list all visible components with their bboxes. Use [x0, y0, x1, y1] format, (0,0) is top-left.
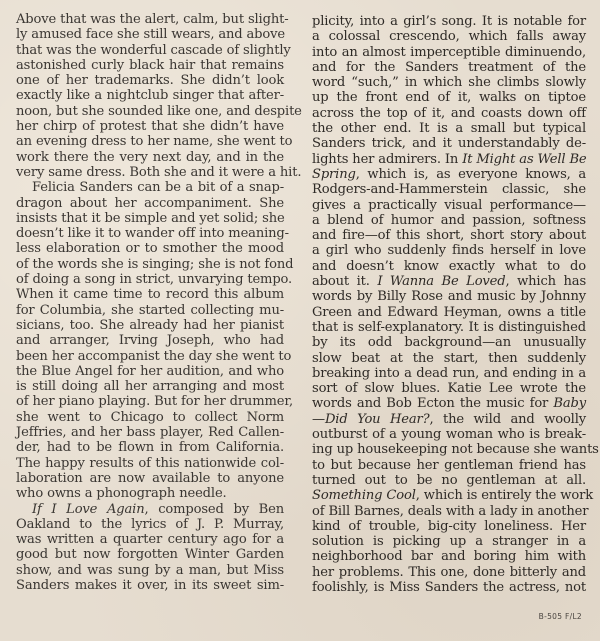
text-line: an evening dress to her name, she went t…	[16, 134, 284, 149]
text-line: ing up housekeeping not because she want…	[312, 442, 586, 457]
text-line: solution is picking up a stranger in a	[312, 534, 586, 549]
text-line: been her accompanist the day she went to	[16, 349, 284, 364]
text-line: sicians, too. She already had her pianis…	[16, 318, 284, 333]
text-line: very same dress. Both she and it were a …	[16, 165, 284, 180]
text-line: to but because her gentleman friend has	[312, 458, 586, 473]
text-line: a blend of humor and passion, softness	[312, 213, 586, 228]
song-title: Spring	[312, 167, 356, 182]
text-line: good but now forgotten Winter Garden	[16, 547, 284, 562]
text-line: and doesn’t know exactly what to do	[312, 259, 586, 274]
text-line: turned out to be no gentleman at all.	[312, 473, 586, 488]
text-line: of the words she is singing; she is not …	[16, 257, 284, 272]
song-title: I Wanna Be Loved	[377, 274, 505, 289]
text-line: Sanders trick, and it understandably de-	[312, 136, 586, 151]
text-line: noon, but she sounded like one, and desp…	[16, 104, 284, 119]
text-line: she went to Chicago to collect Norm	[16, 410, 284, 425]
text-line: ly amused face she still wears, and abov…	[16, 27, 284, 42]
text-line: insists that it be simple and yet solid;…	[16, 211, 284, 226]
text-line: When it came time to record this album	[16, 287, 284, 302]
song-title: —Did You Hear?	[312, 412, 430, 427]
text-line: of doing a song in strict, unvarying tem…	[16, 272, 284, 287]
text-line: of her piano playing. But for her drumme…	[16, 394, 284, 409]
text-line: Spring, which is, as everyone knows, a	[312, 167, 586, 182]
song-title: Baby	[553, 396, 586, 411]
text-line: Above that was the alert, calm, but slig…	[16, 12, 284, 27]
text-line: If I Love Again, composed by Ben	[16, 502, 284, 517]
text-line: Jeffries, and her bass player, Red Calle…	[16, 425, 284, 440]
text-line: less elaboration or to smother the mood	[16, 241, 284, 256]
text-line: astonished curly black hair that remains	[16, 58, 284, 73]
text-line: words and Bob Ecton the music for Baby	[312, 396, 586, 411]
right-column: plicity, into a girl’s song. It is notab…	[312, 14, 586, 595]
text-line: sort of slow blues. Katie Lee wrote the	[312, 381, 586, 396]
song-title: It Might as Well Be	[462, 152, 586, 167]
text-line: across the top of it, and coasts down of…	[312, 106, 586, 121]
text-line: is still doing all her arranging and mos…	[16, 379, 284, 394]
text-line: Rodgers-and-Hammerstein classic, she	[312, 182, 586, 197]
text-line: who owns a phonograph needle.	[16, 486, 284, 501]
text-line: words by Billy Rose and music by Johnny	[312, 289, 586, 304]
text-line: one of her trademarks. She didn’t look	[16, 73, 284, 88]
text-line: slow beat at the start, then suddenly	[312, 351, 586, 366]
text-line: show, and was sung by a man, but Miss	[16, 563, 284, 578]
text-line: plicity, into a girl’s song. It is notab…	[312, 14, 586, 29]
text-line: —Did You Hear?, the wild and woolly	[312, 412, 586, 427]
text-line: der, had to be flown in from California.	[16, 440, 284, 455]
text-line: into an almost imperceptible diminuendo,	[312, 45, 586, 60]
text-line: Green and Edward Heyman, owns a title	[312, 305, 586, 320]
text-line: Felicia Sanders can be a bit of a snap-	[16, 180, 284, 195]
text-line: for Columbia, she started collecting mu-	[16, 303, 284, 318]
left-column: Above that was the alert, calm, but slig…	[16, 12, 284, 593]
text-line: neighborhood bar and boring him with	[312, 549, 586, 564]
text-line: up the front end of it, walks on tiptoe	[312, 90, 586, 105]
text-line: foolishly, is Miss Sanders the actress, …	[312, 580, 586, 595]
text-line: was written a quarter century ago for a	[16, 532, 284, 547]
song-title: If I Love Again	[32, 502, 145, 517]
text-line: that was the wonderful cascade of slight…	[16, 43, 284, 58]
text-line: the other end. It is a small but typical	[312, 121, 586, 136]
text-line: exactly like a nightclub singer that aft…	[16, 88, 284, 103]
text-line: about it. I Wanna Be Loved, which has	[312, 274, 586, 289]
text-line: Sanders makes it over, in its sweet sim-	[16, 578, 284, 593]
text-line: the Blue Angel for her audition, and who	[16, 364, 284, 379]
text-line: laboration are now available to anyone	[16, 471, 284, 486]
text-line: and arranger, Irving Joseph, who had	[16, 333, 284, 348]
text-line: doesn’t like it to wander off into meani…	[16, 226, 284, 241]
text-line: lights her admirers. In It Might as Well…	[312, 152, 586, 167]
text-line: a colossal crescendo, which falls away	[312, 29, 586, 44]
text-line: work there the very next day, and in the	[16, 150, 284, 165]
text-line: and fire—of this short, short story abou…	[312, 228, 586, 243]
text-line: that is self-explanatory. It is distingu…	[312, 320, 586, 335]
text-line: her chirp of protest that she didn’t hav…	[16, 119, 284, 134]
text-line: word “such,” in which she climbs slowly	[312, 75, 586, 90]
text-line: by its odd background—an unusually	[312, 335, 586, 350]
text-line: her problems. This one, done bitterly an…	[312, 565, 586, 580]
text-line: Oakland to the lyrics of J. P. Murray,	[16, 517, 284, 532]
catalog-code: B-505 F/L2	[539, 612, 582, 621]
text-line: outburst of a young woman who is break-	[312, 427, 586, 442]
text-line: The happy results of this nationwide col…	[16, 456, 284, 471]
song-title: Something Cool	[312, 488, 416, 503]
text-line: of Bill Barnes, deals with a lady in ano…	[312, 504, 586, 519]
text-line: gives a practically visual performance—	[312, 198, 586, 213]
text-line: dragon about her accompaniment. She	[16, 196, 284, 211]
text-line: a girl who suddenly finds herself in lov…	[312, 243, 586, 258]
text-line: Something Cool, which is entirely the wo…	[312, 488, 586, 503]
text-line: kind of trouble, big-city loneliness. He…	[312, 519, 586, 534]
text-line: and for the Sanders treatment of the	[312, 60, 586, 75]
text-line: breaking into a dead run, and ending in …	[312, 366, 586, 381]
